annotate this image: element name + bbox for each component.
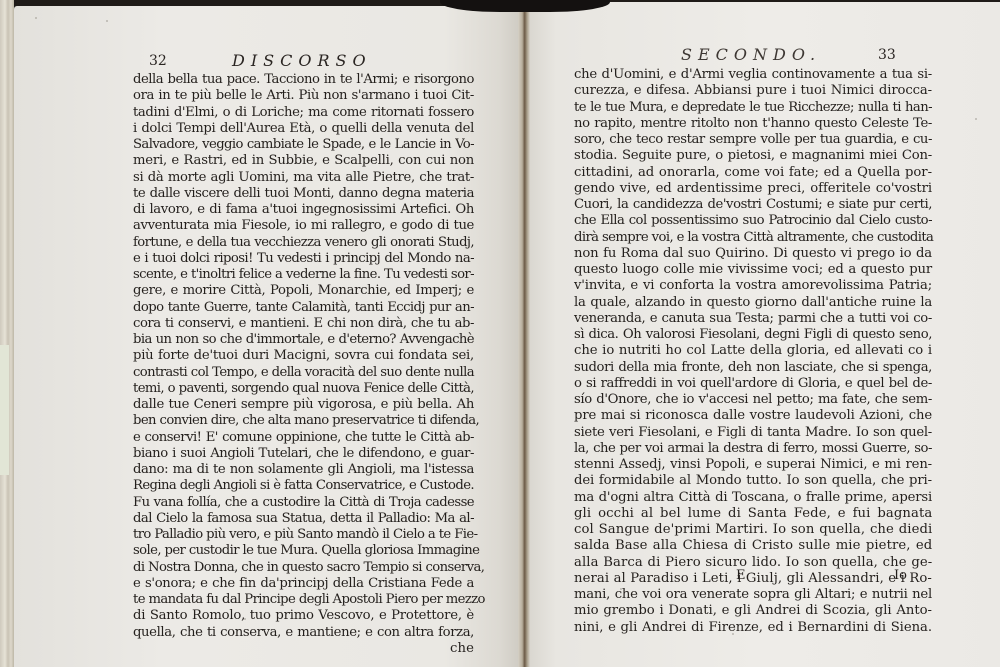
text-line: e conservi! E' comune oppinione, che tut… — [133, 430, 474, 446]
text-line: veneranda, e canuta sua Testa; parmi che… — [574, 311, 932, 327]
left-running-head: DISCORSO — [232, 51, 372, 70]
text-line: bia un non so che d'immortale, e d'etern… — [133, 332, 474, 348]
text-line: gli occhi al bel lume di Santa Fede, e f… — [574, 506, 932, 522]
paper-speck — [975, 118, 977, 120]
text-line: pre mai si riconosca dalle vostre laudev… — [574, 408, 932, 424]
text-line: ora in te più belle le Arti. Più non s'a… — [133, 88, 474, 104]
paper-speck — [170, 634, 172, 636]
text-line: no rapito, mentre ritolto non t'hanno qu… — [574, 116, 932, 132]
text-line: te le tue Mura, e depredate le tue Ricch… — [574, 100, 932, 116]
text-line: che io nutriti ho col Latte della gloria… — [574, 343, 932, 359]
text-line: quella, che ti conserva, e mantiene; e c… — [133, 625, 474, 641]
right-page-body: che d'Uomini, e d'Armi veglia continovam… — [574, 67, 932, 636]
text-line: Fu vana follía, che a custodire la Città… — [133, 495, 474, 511]
text-line: che Ella col possentissimo suo Patrocini… — [574, 213, 932, 229]
signature-mark: E — [736, 568, 746, 583]
paper-speck — [732, 633, 734, 635]
text-line: Cuori, la candidezza de'vostri Costumi; … — [574, 197, 932, 213]
text-line: col Sangue de'primi Martiri. Io son quel… — [574, 522, 932, 538]
text-line: cora ti conservi, e mantieni. E chi non … — [133, 316, 474, 332]
text-line: di lavoro, e di fama a'tuoi ingegnosissi… — [133, 202, 474, 218]
text-line: sío d'Onore, che io v'accesi nel petto; … — [574, 392, 932, 408]
text-line: mio grembo i Donati, e gli Andrei di Sco… — [574, 603, 932, 619]
text-line: gendo vive, ed ardentissime preci, offer… — [574, 181, 932, 197]
text-line: della bella tua pace. Tacciono in te l'A… — [133, 72, 474, 88]
text-line: scente, e t'inoltri felice a vederne la … — [133, 267, 474, 283]
text-line: cittadini, ad onorarla, come voi fate; e… — [574, 165, 932, 181]
text-line: nerai al Paradiso i Leti, i Giulj, gli A… — [574, 571, 932, 587]
paper-speck — [106, 20, 108, 22]
text-line: o si raffreddi in voi quell'ardore di Gl… — [574, 376, 932, 392]
right-running-head: SECONDO. — [681, 45, 821, 64]
text-line: gere, e morire Città, Popoli, Monarchie,… — [133, 283, 474, 299]
paper-speck — [244, 618, 246, 620]
text-line: dal Cielo la famosa sua Statua, detta il… — [133, 511, 474, 527]
text-line: ma d'ogni altra Città di Toscana, o fral… — [574, 490, 932, 506]
catchword: che — [133, 641, 474, 657]
text-line: dano: ma di te non solamente gli Angioli… — [133, 462, 474, 478]
text-line: la quale, alzando in questo giorno dall'… — [574, 295, 932, 311]
left-page-number: 32 — [149, 53, 167, 69]
text-line: curezza, e difesa. Abbiansi pure i tuoi … — [574, 83, 932, 99]
text-line: non fu Roma dal suo Quirino. Di questo v… — [574, 246, 932, 262]
text-line: e i tuoi dolci riposi! Tu vedesti i prin… — [133, 251, 474, 267]
text-line: più forte de'tuoi duri Macigni, sovra cu… — [133, 348, 474, 364]
text-line: di Santo Romolo, tuo primo Vescovo, e Pr… — [133, 608, 474, 624]
text-line: tro Palladio più vero, e più Santo mandò… — [133, 527, 474, 543]
text-line: avventurata mia Fiesole, io mi rallegro,… — [133, 218, 474, 234]
text-line: te mandata fu dal Principe degli Apostol… — [133, 592, 474, 608]
text-line: alla Barca di Piero sicuro lido. Io son … — [574, 555, 932, 571]
page-marker-tab — [0, 345, 9, 475]
text-line: siete veri Fiesolani, e Figli di tanta M… — [574, 425, 932, 441]
text-line: Salvadore, veggio cambiate le Spade, e l… — [133, 137, 474, 153]
text-line: meri, e Rastri, ed in Subbie, e Scalpell… — [133, 153, 474, 169]
text-line: e s'onora; e che fin da'principj della C… — [133, 576, 474, 592]
text-line: fortune, e della tua vecchiezza venero g… — [133, 235, 474, 251]
text-line: soro, che teco restar sempre volle per t… — [574, 132, 932, 148]
left-page-body: della bella tua pace. Tacciono in te l'A… — [133, 72, 474, 657]
text-line: ben convien dire, che alta mano preserva… — [133, 413, 474, 429]
book-gutter — [518, 10, 530, 667]
text-line: che d'Uomini, e d'Armi veglia continovam… — [574, 67, 932, 83]
book-edge-pages — [0, 0, 14, 667]
catchword: Io — [894, 568, 907, 583]
text-line: si dà morte agli Uomini, ma vita alle Pi… — [133, 170, 474, 186]
text-line: dalle tue Ceneri sempre più vigorosa, e … — [133, 397, 474, 413]
text-line: salda Base alla Chiesa di Cristo sulle m… — [574, 538, 932, 554]
text-line: sole, per custodir le tue Mura. Quella g… — [133, 543, 474, 559]
text-line: dopo tante Guerre, tante Calamità, tanti… — [133, 300, 474, 316]
text-line: la, che per voi armai la destra di ferro… — [574, 441, 932, 457]
text-line: temi, o paventi, sorgendo qual nuova Fen… — [133, 381, 474, 397]
text-line: i dolci Tempi dell'Aurea Età, o quelli d… — [133, 121, 474, 137]
text-line: contrasti col Tempo, e della voracità de… — [133, 365, 474, 381]
text-line: v'invita, e vi conforta la vostra amorev… — [574, 278, 932, 294]
right-page-number: 33 — [878, 47, 896, 63]
text-line: dirà sempre voi, e la vostra Città altra… — [574, 230, 932, 246]
text-line: tadini d'Elmi, o di Loriche; ma come rit… — [133, 105, 474, 121]
text-line: sì dica. Oh valorosi Fiesolani, degni Fi… — [574, 327, 932, 343]
text-line: questo luogo colle mie vivissime voci; e… — [574, 262, 932, 278]
text-line: te dalle viscere delli tuoi Monti, danno… — [133, 186, 474, 202]
text-line: dei formidabile al Mondo tutto. Io son q… — [574, 473, 932, 489]
book-spread: 32 DISCORSO SECONDO. 33 della bella tua … — [0, 0, 1000, 667]
paper-speck — [620, 588, 622, 590]
text-line: nini, e gli Andrei di Firenze, ed i Bern… — [574, 620, 932, 636]
text-line: stodia. Seguite pure, o pietosi, e magna… — [574, 148, 932, 164]
text-line: sudori della mia fronte, deh non lasciat… — [574, 360, 932, 376]
text-line: mani, che voi ora venerate sopra gli Alt… — [574, 587, 932, 603]
text-line: stenni Assedj, vinsi Popoli, e superai N… — [574, 457, 932, 473]
text-line: biano i suoi Angioli Tutelari, che le di… — [133, 446, 474, 462]
paper-speck — [35, 17, 37, 19]
text-line: Regina degli Angioli si è fatta Conserva… — [133, 478, 474, 494]
text-line: di Nostra Donna, che in questo sacro Tem… — [133, 560, 474, 576]
